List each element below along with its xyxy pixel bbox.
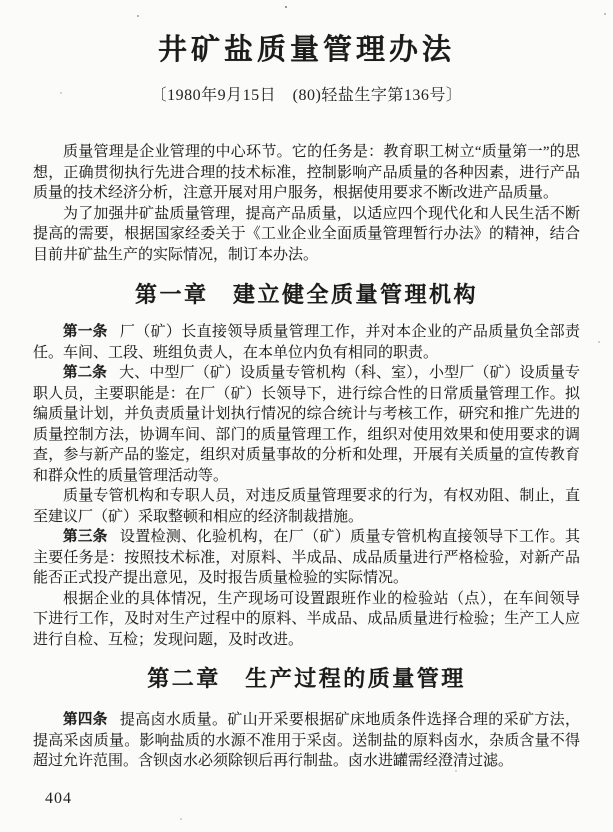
document-title: 井矿盐质量管理办法 xyxy=(0,34,613,66)
document-body: 质量管理是企业管理的中心环节。它的任务是：教育职工树立“质量第一”的思想，正确贯… xyxy=(33,142,580,772)
intro-paragraph-1: 质量管理是企业管理的中心环节。它的任务是：教育职工树立“质量第一”的思想，正确贯… xyxy=(33,142,580,204)
article-4-paragraph: 第四条提高卤水质量。矿山开采要根据矿床地质条件选择合理的采矿方法，提高采卤质量。… xyxy=(33,710,580,772)
chapter-1-heading: 第一章 建立健全质量管理机构 xyxy=(33,282,580,308)
article-3-continuation-paragraph: 根据企业的具体情况，生产现场可设置跟班作业的检验站（点），在车间领导下进行工作，… xyxy=(33,589,580,651)
scanned-document-page: 井矿盐质量管理办法 〔1980年9月15日 (80)轻盐生字第136号〕 质量管… xyxy=(0,0,613,832)
article-3-text: 设置检测、化验机构，在厂（矿）质量专管机构直接领导下工作。其主要任务是：按照技术… xyxy=(33,529,580,586)
article-1-text: 厂（矿）长直接领导质量管理工作，并对本企业的产品质量负全部责任。车间、工段、班组… xyxy=(33,324,580,361)
article-3-label: 第三条 xyxy=(63,529,108,545)
article-2-text: 大、中型厂（矿）设质量专管机构（科、室），小型厂（矿）设质量专职人员，主要职能是… xyxy=(33,365,580,484)
chapter-2-heading: 第二章 生产过程的质量管理 xyxy=(33,666,580,692)
intro-paragraph-2: 为了加强井矿盐质量管理，提高产品质量，以适应四个现代化和人民生活不断提高的需要，… xyxy=(33,204,580,266)
article-3-paragraph: 第三条设置检测、化验机构，在厂（矿）质量专管机构直接领导下工作。其主要任务是：按… xyxy=(33,527,580,589)
article-1-paragraph: 第一条厂（矿）长直接领导质量管理工作，并对本企业的产品质量负全部责任。车间、工段… xyxy=(33,322,580,363)
page-number: 404 xyxy=(45,790,72,808)
article-4-label: 第四条 xyxy=(63,712,108,728)
document-dateline: 〔1980年9月15日 (80)轻盐生字第136号〕 xyxy=(0,87,613,105)
article-2-label: 第二条 xyxy=(63,365,107,381)
scan-speck-dots xyxy=(0,0,2,2)
article-2-paragraph: 第二条大、中型厂（矿）设质量专管机构（科、室），小型厂（矿）设质量专职人员，主要… xyxy=(33,363,580,486)
article-4-text: 提高卤水质量。矿山开采要根据矿床地质条件选择合理的采矿方法，提高采卤质量。影响盐… xyxy=(33,712,580,769)
article-2-continuation-paragraph: 质量专管机构和专职人员，对违反质量管理要求的行为，有权劝阻、制止，直至建议厂（矿… xyxy=(33,486,580,527)
article-1-label: 第一条 xyxy=(63,324,108,340)
